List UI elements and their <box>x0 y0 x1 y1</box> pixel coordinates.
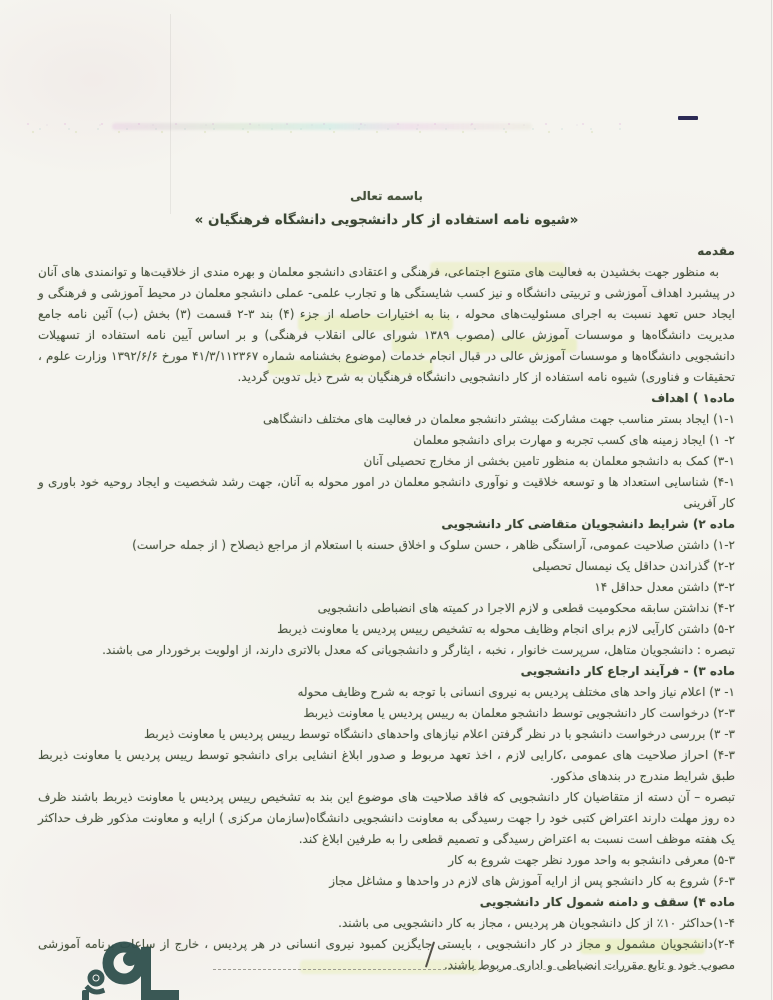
signature-divider-line <box>213 969 721 970</box>
section-heading-moghaddameh: مقدمه <box>38 241 735 262</box>
article-2-item-3: ۳-۲) داشتن معدل حداقل ۱۴ <box>38 577 735 598</box>
article-3-heading: ماده ۳) - فرآیند ارجاع کار دانشجویی <box>38 661 735 682</box>
article-1-heading: ماده۱ ) اهداف <box>38 388 735 409</box>
article-4-item-1: ۱-۴)حداکثر ۱۰٪ از کل دانشجویان هر پردیس … <box>38 913 735 934</box>
article-3-item-5: ۵-۳) معرفی دانشجو به واحد مورد نظر جهت ش… <box>38 850 735 871</box>
document-title: «شیوه نامه استفاده از کار دانشجویی دانشگ… <box>38 210 735 231</box>
document-content: باسمه تعالی«شیوه نامه استفاده از کار دان… <box>0 0 773 976</box>
introduction-paragraph: به منظور جهت بخشیدن به فعالیت های متنوع … <box>38 262 735 388</box>
article-1-item-4: ۴-۱) شناسایی استعداد ها و توسعه خلاقیت و… <box>38 472 735 514</box>
article-3-item-1: ۱- ۳) اعلام نیاز واحد های مختلف پردیس به… <box>38 682 735 703</box>
article-3-item-2: ۲-۳) درخواست کار دانشجویی توسط دانشجو مع… <box>38 703 735 724</box>
article-2-note: تبصره : دانشجویان متاهل، سرپرست خانوار ،… <box>38 640 735 661</box>
article-1-item-2: ۲- ۱) ایجاد زمینه های کسب تجربه و مهارت … <box>38 430 735 451</box>
article-4-heading: ماده ۴) سقف و دامنه شمول کار دانشجویی <box>38 892 735 913</box>
article-2-item-2: ۲-۲) گذراندن حداقل یک نیمسال تحصیلی <box>38 556 735 577</box>
article-2-heading: ماده ۲) شرایط دانشجویان متقاضی کار دانشج… <box>38 514 735 535</box>
scanned-document-page: باسمه تعالی«شیوه نامه استفاده از کار دان… <box>0 0 773 1000</box>
article-3-item-6: ۶-۳) شروع به کار دانشجو پس از ارایه آموز… <box>38 871 735 892</box>
article-3-item-4: ۴-۳) احراز صلاحیت های عمومی ،کارایی لازم… <box>38 745 735 787</box>
article-2-item-5: ۵-۲) داشتن کارآیی لازم برای انجام وظایف … <box>38 619 735 640</box>
article-3-note: تبصره – آن دسته از متقاضیان کار دانشجویی… <box>38 787 735 850</box>
article-1-item-3: ۳-۱) کمک به دانشجو معلمان به منظور تامین… <box>38 451 735 472</box>
article-1-item-1: ۱-۱) ایجاد بستر مناسب جهت مشارکت بیشتر د… <box>38 409 735 430</box>
bismillah-line: باسمه تعالی <box>38 186 735 207</box>
farhangian-university-logo <box>62 938 180 1000</box>
article-2-item-4: ۴-۲) نداشتن سابقه محکومیت قطعی و لازم ال… <box>38 598 735 619</box>
article-3-item-3: ۳- ۳) بررسی درخواست دانشجو با در نظر گرف… <box>38 724 735 745</box>
article-2-item-1: ۱-۲) داشتن صلاحیت عمومی، آراستگی ظاهر ، … <box>38 535 735 556</box>
